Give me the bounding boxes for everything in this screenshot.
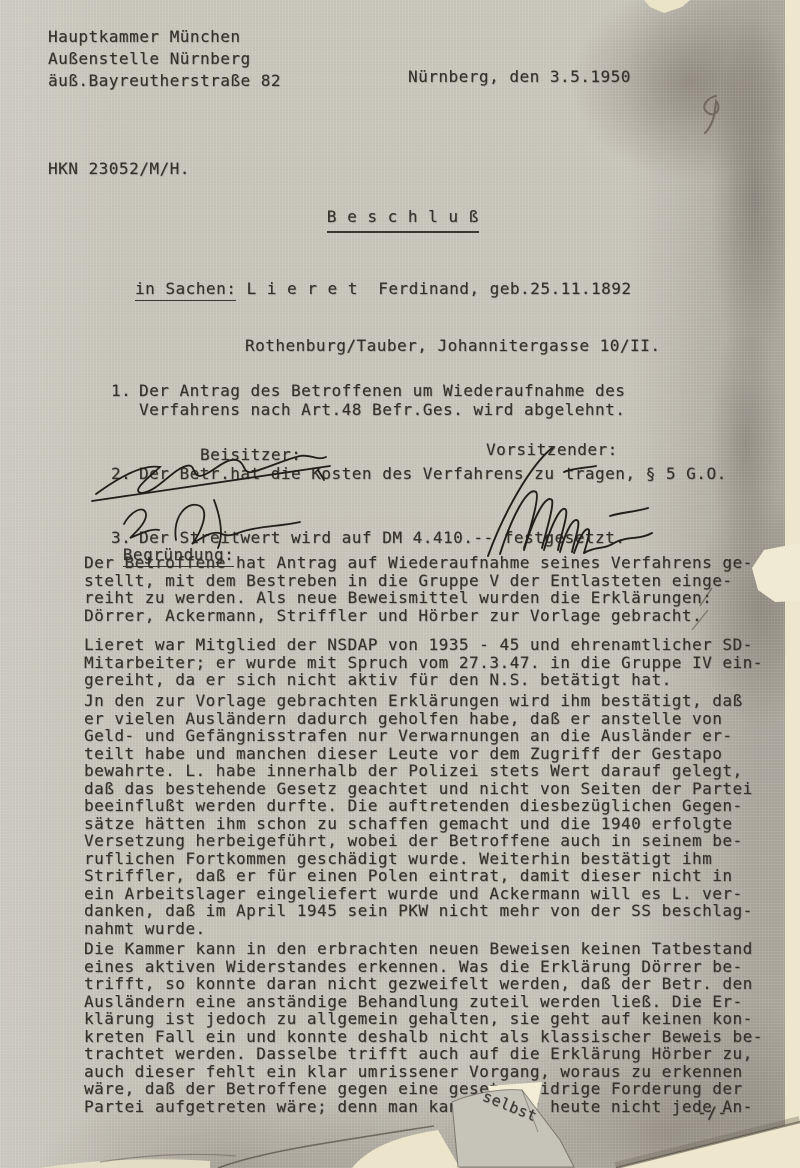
right-edge-tear [752,543,800,602]
paragraph-1: Der Betroffene hat Antrag auf Wiederaufn… [84,554,753,624]
paragraph-4: Die Kammer kann in den erbrachten neuen … [84,940,763,1115]
decision-text: Der Antrag des Betroffenen um Wiederaufn… [139,381,625,419]
scanned-document: Hauptkammer MünchenAußenstelle Nürnbergä… [0,0,800,1168]
case-label: in Sachen: [135,279,236,301]
bottom-left-tear [40,1159,210,1168]
date-line: Nürnberg, den 3.5.1950 [408,68,631,86]
document-title: B e s c h l u ß [266,190,479,243]
chairman-label: Vorsitzender: [486,441,618,459]
case-person: L i e r e t Ferdinand, geb.25.11.1892 [236,279,631,298]
bottom-center-tear [352,1130,460,1168]
decision-text: Der Betr.hat die Kosten des Verfahrens z… [139,464,727,483]
tear-edge-line [616,1122,800,1168]
tear-shading [616,1122,800,1168]
paragraph-2: Lieret war Mitglied der NSDAP von 1935 -… [84,636,763,689]
letterhead: Hauptkammer MünchenAußenstelle Nürnbergä… [48,26,281,92]
paper-sheet: Hauptkammer MünchenAußenstelle Nürnbergä… [0,0,785,1168]
decision-number: 1. [111,381,139,419]
paragraph-3: Jn den zur Vorlage gebrachten Erklärunge… [84,692,753,937]
reference-number: HKN 23052/M/H. [48,160,190,178]
decision-item-2: 2. Der Betr.hat die Kosten des Verfahren… [111,464,727,483]
decision-number: 2. [111,464,139,483]
assessor-label: Beisitzer: [200,446,301,464]
crack-line-1 [218,1126,434,1168]
document-title-text: B e s c h l u ß [327,207,479,233]
crack-line-2 [100,1154,236,1162]
decision-item-1: 1. Der Antrag des Betroffenen um Wiedera… [111,381,727,419]
top-edge-notch [644,0,690,13]
pencil-note-9 [704,96,718,133]
case-line1: in Sachen: L i e r e t Ferdinand, geb.25… [135,279,660,298]
bottom-right-tear [616,1122,800,1168]
page-continuation-marker: -/- [697,1104,727,1122]
